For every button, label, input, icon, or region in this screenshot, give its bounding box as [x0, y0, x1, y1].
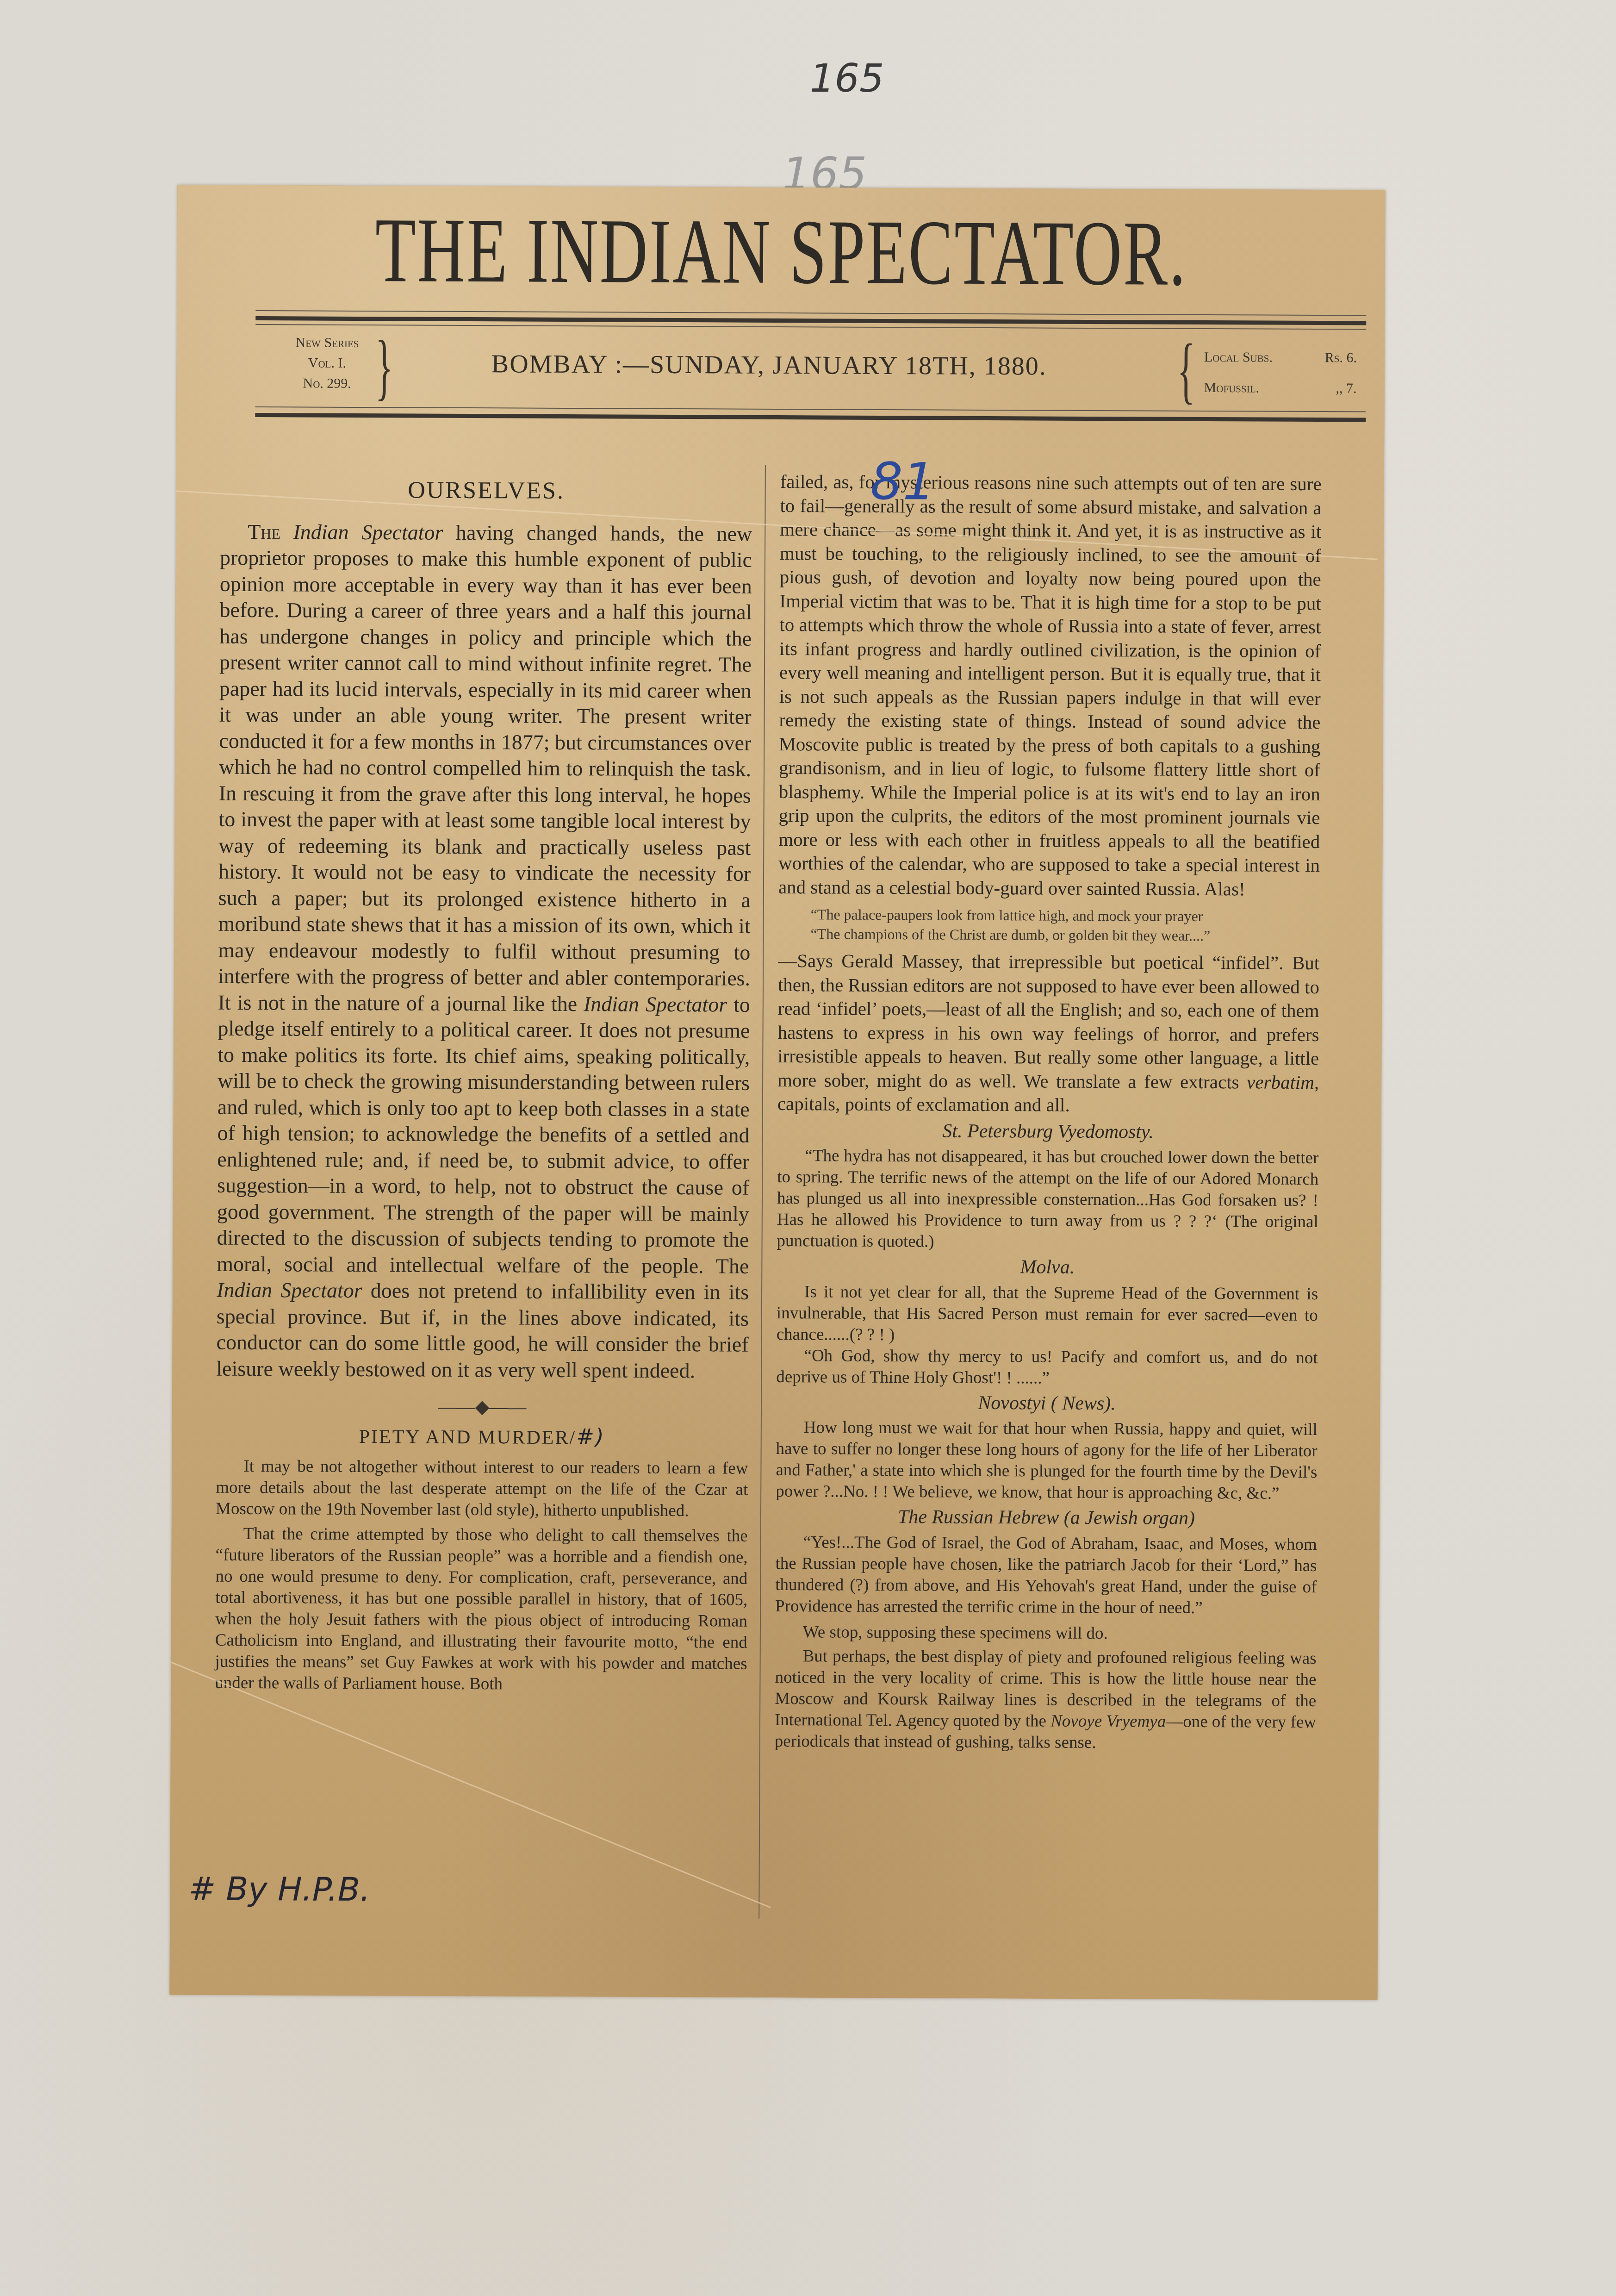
subs-row-mofussil: Mofussil. ,, 7.	[1204, 373, 1357, 404]
extract-text: How long must we wait for that hour when…	[776, 1417, 1318, 1504]
article-heading-piety: PIETY AND MURDER/#)	[216, 1422, 748, 1452]
subs-label: Mofussil.	[1204, 373, 1260, 404]
extract-source-novostyi: Novostyi ( News).	[776, 1390, 1318, 1416]
closing-paragraph-1: We stop, supposing these specimens will …	[775, 1621, 1317, 1645]
section-ornament-icon: ——◆——	[216, 1393, 748, 1422]
masthead-rule-thin-top	[255, 310, 1366, 316]
dateline-bar: New Series Vol. I. No. 299. } BOMBAY :—S…	[255, 329, 1366, 407]
newspaper-clipping: THE INDIAN SPECTATOR. New Series Vol. I.…	[169, 185, 1385, 2000]
continued-paragraph: failed, as, for mysterious reasons nine …	[778, 470, 1322, 901]
article-heading-ourselves: OURSELVES.	[220, 477, 752, 505]
dateline-text: BOMBAY :—SUNDAY, JANUARY 18TH, 1880.	[431, 349, 1107, 381]
publication-name: Indian Spectator	[217, 1278, 362, 1302]
extract-source-molva: Molva.	[777, 1254, 1318, 1281]
heading-text: PIETY AND MURDER/	[359, 1426, 577, 1448]
publication-name: Indian Spectator	[584, 992, 727, 1016]
masthead-rule-thick-top	[255, 316, 1366, 325]
body-text: capitals, points of exclamation and all.	[777, 1093, 1070, 1116]
masthead-rule-thick-bottom	[255, 413, 1366, 422]
subscription-rates: Local Subs. Rs. 6. Mofussil. ,, 7.	[1204, 342, 1357, 404]
subs-label: Local Subs.	[1204, 342, 1273, 373]
closing-paragraph-2: But perhaps, the best display of piety a…	[775, 1645, 1317, 1754]
verse-line: “The champions of the Christ are dumb, o…	[810, 924, 1319, 946]
mount-page-number-ink: 165	[810, 56, 884, 101]
series-label: New Series	[288, 332, 367, 353]
masthead-title: THE INDIAN SPECTATOR.	[346, 204, 1216, 300]
verse-line: “The palace-paupers look from lattice hi…	[811, 905, 1320, 926]
handwritten-mark: #)	[576, 1424, 605, 1449]
publication-name: Novoye Vryemya	[1050, 1711, 1166, 1731]
massey-paragraph: —Says Gerald Massey, that irrepressible …	[777, 949, 1320, 1118]
extract-source-russian-hebrew: The Russian Hebrew (a Jewish organ)	[776, 1505, 1317, 1531]
subs-row-local: Local Subs. Rs. 6.	[1204, 342, 1357, 373]
volume-label: Vol. I.	[288, 353, 367, 374]
body-text: —Says Gerald Massey, that irrepressible …	[777, 950, 1319, 1092]
lead-word: The	[248, 519, 280, 543]
handwritten-signature: # By H.P.B.	[188, 1870, 370, 1909]
article-body-piety-2: That the crime attempted by those who de…	[215, 1523, 748, 1696]
left-column: OURSELVES. The Indian Spectator having c…	[215, 468, 752, 1696]
article-body-ourselves: The Indian Spectator having changed hand…	[216, 518, 752, 1384]
masthead-rule-thin-bottom	[255, 406, 1366, 412]
body-text: having changed hands, the new proprietor…	[218, 520, 752, 1015]
extract-text: “Yes!...The God of Israel, the God of Ab…	[775, 1531, 1317, 1619]
italic-word: verbatim,	[1247, 1071, 1319, 1093]
extract-text: Is it not yet clear for all, that the Su…	[777, 1281, 1318, 1347]
verse-quote: “The palace-paupers look from lattice hi…	[778, 905, 1319, 946]
publication-name: Indian Spectator	[293, 520, 443, 544]
handwritten-article-number: 81	[870, 452, 935, 512]
article-body-piety-1: It may be not altogether without interes…	[216, 1456, 748, 1522]
series-info: New Series Vol. I. No. 299.	[288, 332, 367, 394]
subs-value: Rs. 6.	[1325, 343, 1357, 373]
issue-number: No. 299.	[288, 373, 367, 394]
left-brace-icon: {	[1177, 333, 1195, 407]
extract-text: “Oh God, show thy mercy to us! Pacify an…	[776, 1345, 1318, 1390]
column-divider	[758, 465, 766, 1919]
body-text: to pledge itself entirely to a political…	[217, 992, 750, 1278]
right-brace-icon: }	[375, 329, 393, 403]
right-column: failed, as, for mysterious reasons nine …	[775, 470, 1322, 1754]
extract-text: “The hydra has not disappeared, it has b…	[777, 1145, 1318, 1254]
extract-source-vyedomosty: St. Petersburg Vyedomosty.	[777, 1118, 1319, 1145]
subs-value: ,, 7.	[1336, 373, 1357, 404]
